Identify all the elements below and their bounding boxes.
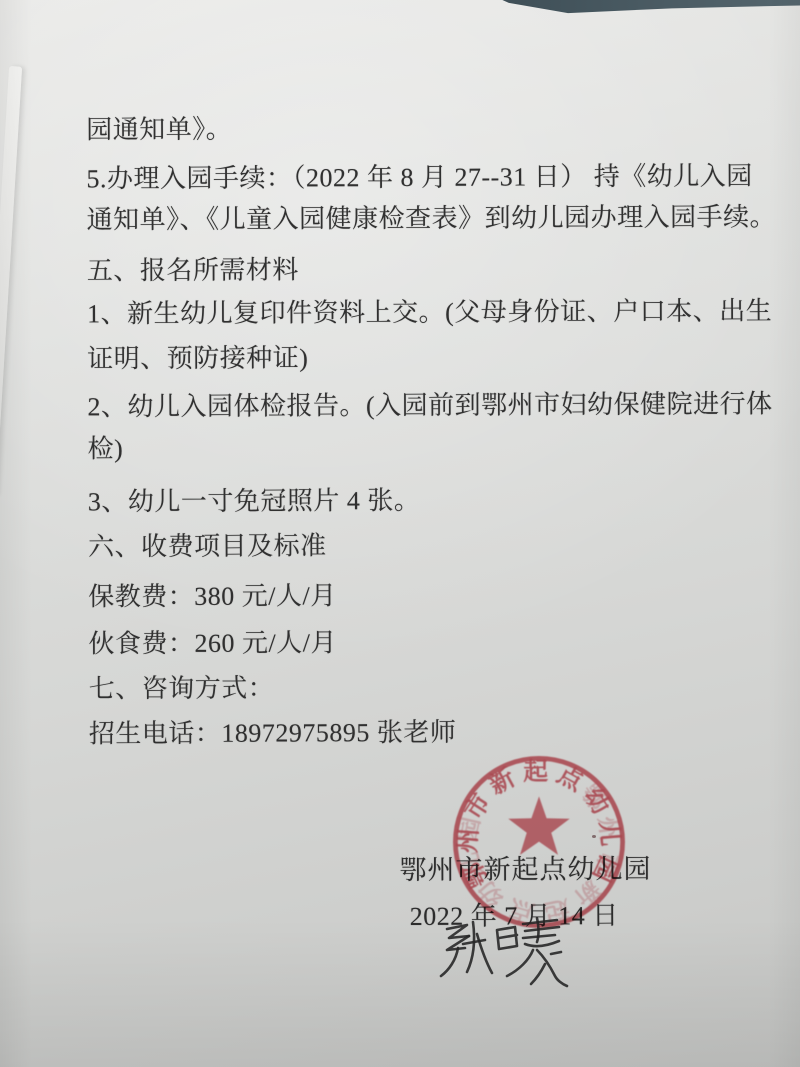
doc-line: 证明、预防接种证)	[87, 337, 308, 375]
document-body: 园通知单》。 5.办理入园手续：（2022 年 8 月 27--31 日） 持《…	[0, 0, 800, 1067]
doc-line: 5.办理入园手续：（2022 年 8 月 27--31 日） 持《幼儿入园	[86, 155, 752, 195]
paper-speck	[592, 835, 596, 838]
official-seal-stamp: 鄂州市新起点幼儿园 鄂州市新起点幼儿园	[444, 747, 634, 937]
doc-line-section-5: 五、报名所需材料	[87, 249, 299, 287]
doc-line: 通知单》、《儿童入园健康检查表》到幼儿园办理入园手续。	[87, 196, 777, 236]
doc-line: 2、幼儿入园体检报告。(入园前到鄂州市妇幼保健院进行体	[87, 383, 772, 423]
doc-line: 1、新生幼儿复印件资料上交。(父母身份证、户口本、出生	[87, 290, 772, 330]
doc-line-phone: 招生电话：18972975895 张老师	[89, 712, 457, 751]
doc-line-care-fee: 保教费：380 元/人/月	[88, 575, 337, 613]
paper-sheet: 园通知单》。 5.办理入园手续：（2022 年 8 月 27--31 日） 持《…	[0, 0, 800, 1067]
doc-line: 检)	[88, 428, 124, 465]
doc-line: 3、幼儿一寸免冠照片 4 张。	[88, 480, 421, 518]
handwritten-signature	[433, 913, 569, 991]
seal-star-icon	[508, 796, 569, 854]
doc-line-section-6: 六、收费项目及标准	[88, 525, 327, 563]
doc-line-section-7: 七、咨询方式：	[89, 668, 275, 706]
doc-line: 园通知单》。	[86, 109, 232, 147]
doc-line-meal-fee: 伙食费：260 元/人/月	[88, 622, 337, 660]
